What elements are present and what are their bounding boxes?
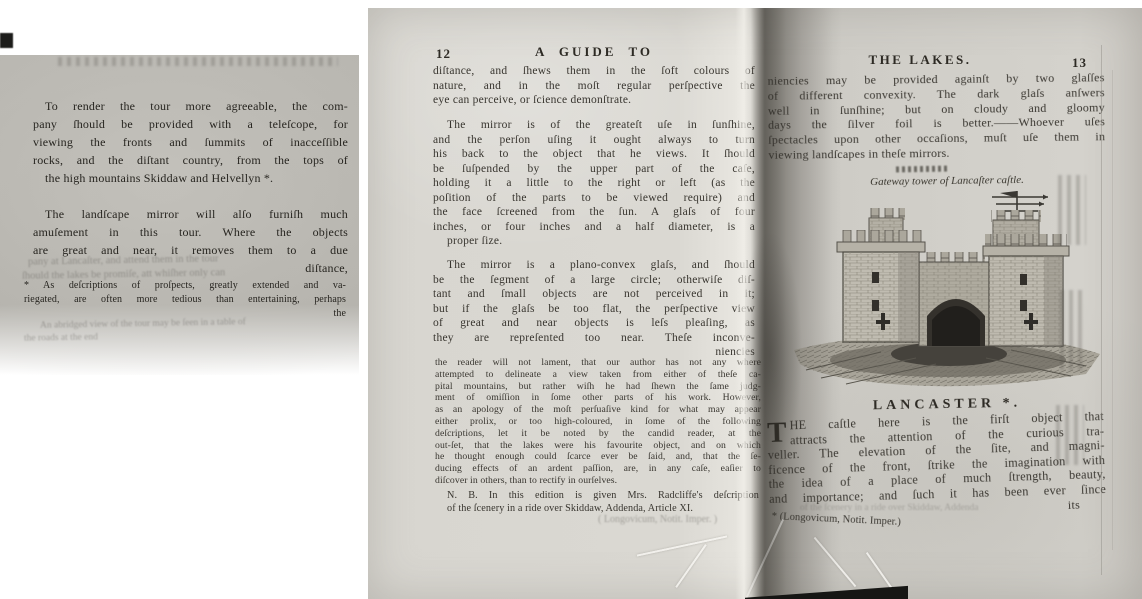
page12-paragraph-3: The mirror is a plano-convex glaſs, and … — [433, 258, 755, 360]
page12-running-title: A GUIDE TO — [433, 44, 755, 60]
paragraph-last-line: the high mountains Skiddaw and Helvellyn… — [33, 169, 348, 187]
paragraph-last-line: proper ſize. — [433, 234, 755, 249]
bleedthrough-smudge — [58, 57, 338, 66]
bleedthrough-smudge — [1058, 175, 1086, 245]
page12-paragraph-2: The mirror is of the greateſt uſe in ſun… — [433, 118, 755, 249]
page12-footnote: the reader will not lament, that our aut… — [435, 357, 761, 487]
paragraph-text: The mirror is a plano-convex glaſs, and … — [433, 258, 755, 345]
paragraph-text: The mirror is of the greateſt uſe in ſun… — [433, 118, 755, 234]
left-page-fragment: To render the tour more agreeable, the c… — [0, 55, 359, 375]
page13-paragraph-1: niencies may be provided againſt by two … — [768, 70, 1106, 162]
bleedthrough-text: ( Longovicum, Notit. Imper. ) — [598, 514, 717, 525]
bleedthrough-text: the roads at the end — [24, 332, 98, 343]
footnote-text: the reader will not lament, that our aut… — [435, 357, 761, 475]
footnote-last-line: diſcover in others, than to rectify in o… — [435, 475, 761, 487]
drop-cap: T — [767, 420, 787, 445]
paragraph-text: To render the tour more agreeable, the c… — [33, 97, 348, 169]
page13-running-title: THE LAKES. — [772, 52, 1068, 68]
nb-text: N. B. In this edition is given Mrs. Radc… — [433, 489, 759, 502]
paragraph-text: diſtance, and ſhews them in the ſoft col… — [433, 64, 755, 93]
page-edge-line — [1101, 45, 1102, 575]
bleedthrough-smudge — [1056, 405, 1084, 465]
page12-nota-bene: N. B. In this edition is given Mrs. Radc… — [433, 489, 759, 515]
page13-number: 13 — [1072, 55, 1087, 71]
scan-corner-mark — [0, 33, 13, 48]
bleedthrough-text: of the ſcenery in a ride over Skiddaw, A… — [800, 503, 979, 513]
page-edge-line — [1112, 70, 1113, 550]
paragraph-text: The landſcape mirror will alſo furniſh m… — [33, 205, 348, 259]
scanned-book-screenshot: To render the tour more agreeable, the c… — [0, 0, 1142, 599]
fragment-paragraph-1: To render the tour more agreeable, the c… — [33, 97, 348, 187]
squiggle-ornament — [896, 166, 950, 173]
paragraph-text: niencies may be provided againſt by two … — [768, 70, 1106, 148]
footnote-text: * As deſcriptions of proſpects, greatly … — [24, 279, 346, 307]
fragment-footnote: * As deſcriptions of proſpects, greatly … — [24, 279, 346, 321]
bleedthrough-smudge — [1060, 290, 1086, 370]
page12-paragraph-1: diſtance, and ſhews them in the ſoft col… — [433, 64, 755, 108]
page13-catchword: its — [995, 498, 1080, 515]
paragraph-last-line: eye can perceive, or ſcience demonſtrate… — [433, 93, 755, 108]
